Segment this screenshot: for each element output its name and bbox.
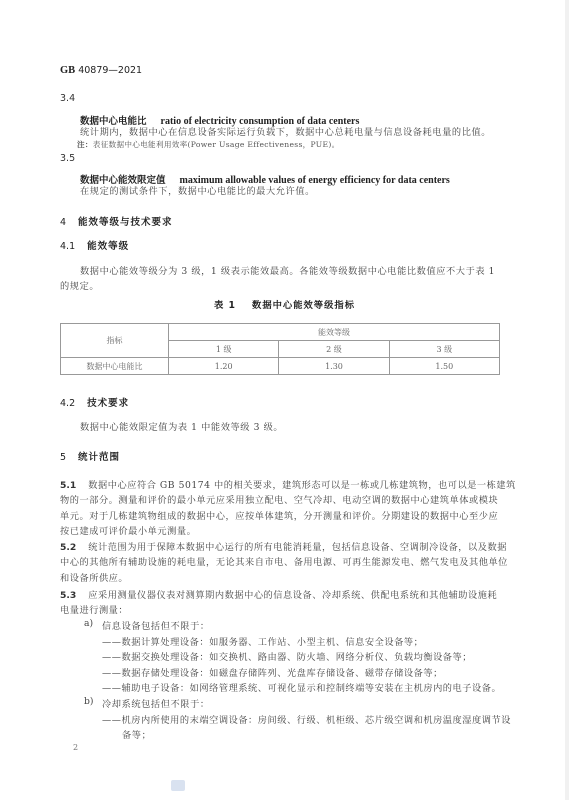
list-item-a-dash-4: ——辅助电子设备：如网络管理系统、可视化显示和控制终端等安装在主机房内的电子设备… (102, 680, 501, 694)
table-row: 数据中心电能比 1.20 1.30 1.50 (61, 358, 500, 375)
clause-number-3-4: 3.4 (60, 93, 75, 104)
list-item-a-dash-1: ——数据计算处理设备：如服务器、工作站、小型主机、信息安全设备等； (102, 634, 423, 648)
header-indicator: 指标 (61, 324, 169, 358)
clause-5-2-line-2: 中心的其他所有辅助设施的耗电量，无论其来自市电、备用电源、可再生能源发电、燃气发… (60, 554, 508, 568)
clause-number: 5.2 (60, 542, 76, 553)
paragraph-4-2: 数据中心能效限定值为表 1 中能效等级 3 级。 (80, 419, 283, 433)
paragraph-4-1-line-2: 的规定。 (60, 278, 99, 292)
page-number: 2 (73, 743, 78, 752)
section-title: 能效等级与技术要求 (78, 217, 173, 228)
row-label: 数据中心电能比 (61, 358, 169, 375)
clause-5-1-line-1: 5.1数据中心应符合 GB 50174 中的相关要求，建筑形态可以是一栋或几栋建… (60, 477, 516, 491)
clause-text: 应采用测量仪器仪表对测算期内数据中心的信息设备、冷却系统、供配电系统和其他辅助设… (88, 590, 497, 601)
table-caption-title: 数据中心能效等级指标 (252, 300, 355, 311)
section-heading-5: 5统计范围 (60, 449, 120, 463)
definition-3-5: 在规定的测试条件下，数据中心电能比的最大允许值。 (80, 183, 315, 197)
header-grade-3: 3 级 (389, 341, 499, 358)
energy-efficiency-grade-table: 指标 能效等级 1 级 2 级 3 级 数据中心电能比 1.20 1.30 1.… (60, 323, 500, 375)
clause-5-1-line-4: 按已建成可评价最小单元测量。 (60, 523, 196, 537)
list-item-a-text: 信息设备包括但不限于： (102, 618, 210, 632)
standard-header: GB 40879—2021 (60, 65, 142, 76)
clause-text: 统计范围为用于保障本数据中心运行的所有电能消耗量，包括信息设备、空调制冷设备，以… (88, 542, 507, 553)
watermark-logo-icon (171, 780, 185, 791)
list-item-a-dash-2: ——数据交换处理设备：如交换机、路由器、防火墙、网络分析仪、负载均衡设备等； (102, 649, 472, 663)
clause-5-3-line-1: 5.3应采用测量仪器仪表对测算期内数据中心的信息设备、冷却系统、供配电系统和其他… (60, 587, 497, 601)
section-title: 能效等级 (87, 241, 129, 252)
page-edge-shadow (565, 0, 569, 800)
clause-5-2-line-3: 和设备所供应。 (60, 570, 128, 584)
header-grade-group: 能效等级 (169, 324, 500, 341)
clause-number: 5.3 (60, 590, 76, 601)
note-label: 注： (77, 140, 93, 149)
section-heading-4-1: 4.1能效等级 (60, 238, 129, 252)
list-item-a-dash-3: ——数据存储处理设备：如磁盘存储阵列、光盘库存储设备、磁带存储设备等； (102, 665, 443, 679)
clause-5-2-line-1: 5.2统计范围为用于保障本数据中心运行的所有电能消耗量，包括信息设备、空调制冷设… (60, 539, 507, 553)
table-header-row: 指标 能效等级 (61, 324, 500, 341)
clause-number-3-5: 3.5 (60, 153, 75, 164)
paragraph-4-1-line-1: 数据中心能效等级分为 3 级，1 级表示能效最高。各能效等级数据中心电能比数值应… (80, 263, 495, 277)
clause-text: 数据中心应符合 GB 50174 中的相关要求，建筑形态可以是一栋或几栋建筑物，… (88, 480, 516, 491)
value-grade-3: 1.50 (389, 358, 499, 375)
section-number: 4 (60, 217, 66, 228)
value-grade-1: 1.20 (169, 358, 279, 375)
definition-3-4: 统计期内，数据中心在信息设备实际运行负载下，数据中心总耗电量与信息设备耗电量的比… (80, 124, 491, 138)
section-title: 技术要求 (87, 398, 129, 409)
header-grade-1: 1 级 (169, 341, 279, 358)
list-item-b-dash-1-continued: 备等； (122, 727, 151, 741)
section-heading-4-2: 4.2技术要求 (60, 395, 129, 409)
section-number: 4.1 (60, 241, 75, 252)
value-grade-2: 1.30 (279, 358, 389, 375)
standard-prefix: GB (60, 65, 75, 76)
table-caption: 表 1数据中心能效等级指标 (0, 297, 569, 311)
clause-number: 5.1 (60, 480, 76, 491)
clause-5-1-line-3: 单元。对于几栋建筑物组成的数据中心，应按单体建筑，分开测量和评价。分期建设的数据… (60, 508, 498, 522)
list-item-b-label: b) (84, 696, 93, 707)
standard-code: 40879—2021 (78, 65, 142, 76)
section-number: 5 (60, 452, 66, 463)
table-caption-number: 表 1 (214, 300, 236, 311)
clause-5-1-line-2: 物的一部分。测量和评价的最小单元应采用独立配电、空气冷却、电动空调的数据中心建筑… (60, 492, 498, 506)
list-item-b-text: 冷却系统包括但不限于： (102, 696, 210, 710)
header-grade-2: 2 级 (279, 341, 389, 358)
note-3-4: 注：表征数据中心电能利用效率(Power Usage Effectiveness… (77, 139, 340, 150)
section-heading-4: 4能效等级与技术要求 (60, 214, 173, 228)
list-item-a-label: a) (84, 618, 93, 629)
clause-5-3-line-2: 电量进行测量： (60, 602, 128, 616)
note-text: 表征数据中心电能利用效率(Power Usage Effectiveness，P… (93, 140, 340, 149)
section-number: 4.2 (60, 398, 75, 409)
list-item-b-dash-1: ——机房内所使用的末端空调设备：房间级、行级、机柜级、芯片级空调和机房温度湿度调… (102, 712, 511, 726)
section-title: 统计范围 (78, 452, 120, 463)
